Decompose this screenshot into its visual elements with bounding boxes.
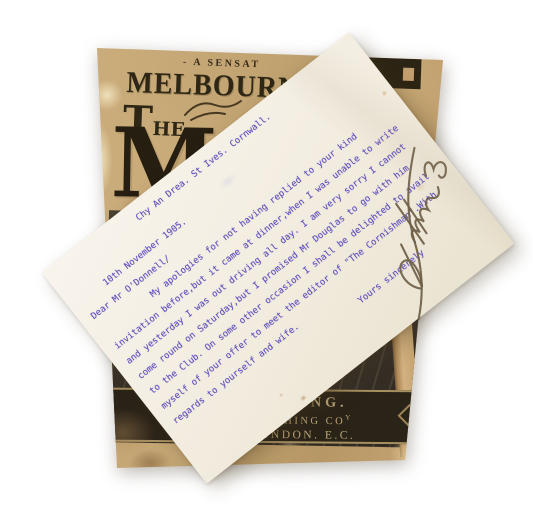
imprint-publisher-sup: Y xyxy=(345,414,353,422)
photo-of-letter-on-book: { "photo": { "background": "#ffffff" }, … xyxy=(0,0,533,508)
ornament-notch xyxy=(403,68,414,81)
imprint-arrow-ornament xyxy=(397,404,421,428)
